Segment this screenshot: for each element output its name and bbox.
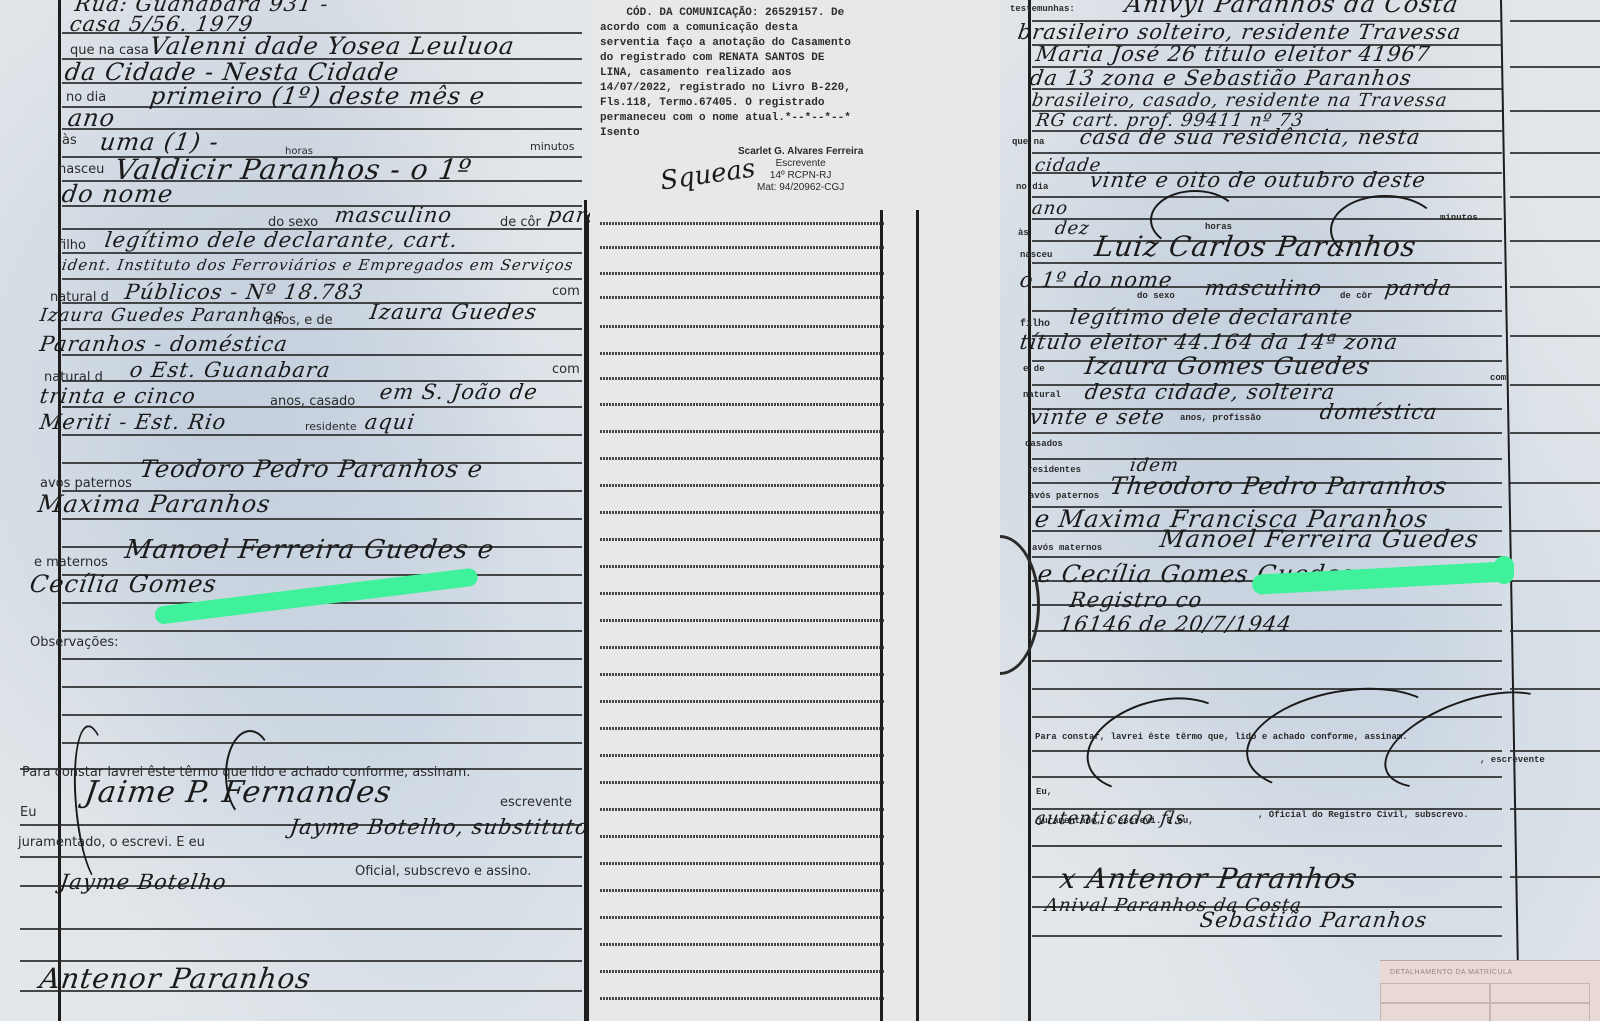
annotation-line: do registrado com RENATA SANTOS DE <box>600 51 910 66</box>
handwriting-natural: desta cidade, solteira <box>1083 380 1337 404</box>
label-residentes: residentes <box>1027 465 1081 475</box>
ruled-line <box>600 377 885 380</box>
annotation-line: serventia faço a anotação do Casamento <box>600 36 910 51</box>
ruled-line <box>1032 845 1502 847</box>
label-e-maternos: e maternos <box>34 555 108 570</box>
ruled-line <box>1510 530 1600 532</box>
signature-stroke <box>68 724 122 887</box>
ruled-line <box>1032 935 1502 937</box>
handwriting-registro-date: 16146 de 20/7/1944 <box>1058 612 1293 636</box>
signer-registration: Mat: 94/20962-CGJ <box>738 182 863 194</box>
ruled-line <box>1510 876 1600 878</box>
ruled-line <box>62 714 582 716</box>
label-nasceu: nasceu <box>1020 250 1052 260</box>
label-avos-paternos: avós paternos <box>40 476 132 491</box>
ruled-line <box>1032 432 1502 434</box>
matricula-table-title: DETALHAMENTO DA MATRÍCULA <box>1390 969 1513 976</box>
ruled-line <box>600 727 885 730</box>
ruled-line <box>600 538 885 541</box>
handwriting-filho: legítimo dele declarante <box>1068 305 1355 329</box>
label-minutos: minutos <box>530 140 575 153</box>
ruled-line <box>600 646 885 649</box>
label-nasceu: nasceu <box>58 162 104 177</box>
column-border <box>916 210 919 1021</box>
right-register-page: testemunhas: que na no dia às horas minu… <box>1000 0 1600 1021</box>
signature-stroke <box>1076 682 1244 808</box>
ruled-line <box>600 835 885 838</box>
signer-office: 14º RCPN-RJ <box>738 170 863 182</box>
handwriting-registro: Registro co <box>1068 588 1204 612</box>
label-que-na: que na <box>1012 137 1044 147</box>
ruled-line <box>600 565 885 568</box>
ruled-line <box>1510 688 1600 690</box>
ruled-line <box>600 246 885 249</box>
ruled-line <box>62 328 582 330</box>
handwriting-natural: Públicos - Nº 18.783 <box>123 280 365 304</box>
ruled-line <box>1032 688 1502 690</box>
handwriting-paternal-grandparents: Theodoro Pedro Paranhos <box>1108 472 1449 500</box>
handwriting-age: vinte e sete <box>1028 405 1166 429</box>
handwriting-mother: Izaura Guedes <box>368 300 538 324</box>
signature-oficial: autenticado fls <box>1034 808 1187 829</box>
label-eu: Eu <box>20 805 36 820</box>
label-oficial: Oficial, subscrevo e assino. <box>355 864 531 879</box>
signature-substituto: Jayme Botelho, substituto <box>288 815 590 839</box>
ruled-line <box>1032 556 1502 558</box>
handwriting-line: ano <box>1031 198 1070 219</box>
label-anos-casado: anos, casado <box>270 394 355 409</box>
ruled-line <box>600 781 885 784</box>
handwriting-day: primeiro (1º) deste mês e <box>148 82 487 110</box>
ruled-line <box>1510 335 1600 337</box>
ruled-line <box>1510 482 1600 484</box>
table-cell <box>1380 1003 1490 1021</box>
handwriting-paternal-grandparents: Teodoro Pedro Paranhos e <box>138 455 485 483</box>
marriage-annotation-text: - 20/03/2023 CÓD. DA COMUNICAÇÃO: 265291… <box>600 0 910 141</box>
handwriting-line: do nome <box>60 180 175 208</box>
ruled-line <box>600 754 885 757</box>
label-natural-2: natural d <box>44 370 103 385</box>
handwriting-witnesses: Anivyl Paranhos da Costa <box>1123 0 1461 18</box>
table-cell <box>1380 983 1490 1003</box>
ruled-line <box>600 889 885 892</box>
ruled-line <box>600 272 885 275</box>
redaction-mark <box>1494 556 1514 584</box>
ruled-line <box>20 928 582 930</box>
ruled-line <box>600 997 885 1000</box>
handwriting-day: vinte e oito de outubro deste <box>1088 168 1427 192</box>
label-eu: Eu, <box>1036 787 1052 797</box>
ruled-line <box>600 862 885 865</box>
ruled-line <box>1510 110 1600 112</box>
label-as: às <box>62 133 77 148</box>
handwriting-natural-2: o Est. Guanabara <box>128 358 332 382</box>
label-do-sexo: do sexo <box>1137 291 1175 301</box>
ruled-line <box>62 658 582 660</box>
ruled-line <box>62 630 582 632</box>
label-com-2: com <box>552 362 580 377</box>
handwriting-line: Meriti - Est. Rio <box>38 410 228 434</box>
ruled-line <box>600 619 885 622</box>
signer-role: Escrevente <box>738 158 863 170</box>
label-casados: casados <box>1025 439 1063 449</box>
handwriting-line: Cecília Gomes <box>28 570 219 598</box>
handwriting-line: título eleitor 44.164 da 14ª zona <box>1018 330 1400 354</box>
handwriting-casado: em S. João de <box>378 380 539 404</box>
label-residente: residente <box>305 420 357 433</box>
label-minutos: minutos <box>1440 213 1478 223</box>
left-register-page: que na casa no dia às horas minutos nasc… <box>0 0 600 1021</box>
label-anos-profissao: anos, profissão <box>1180 413 1261 423</box>
label-no-dia: no dia <box>1016 182 1048 192</box>
label-natural-1: natural d <box>50 290 109 305</box>
ruled-line <box>1032 458 1502 460</box>
ruled-line <box>1032 196 1502 198</box>
table-cell <box>1490 1003 1590 1021</box>
handwriting-mother: Izaura Gomes Guedes <box>1083 352 1372 380</box>
column-border <box>880 210 883 1021</box>
label-as: às <box>1018 228 1029 238</box>
ruled-line <box>1510 580 1600 582</box>
ruled-line <box>600 592 885 595</box>
ruled-line <box>1510 20 1600 22</box>
handwriting-line: brasileiro solteiro, residente Travessa <box>1016 20 1463 44</box>
ruled-line <box>1510 152 1600 154</box>
annotation-line: CÓD. DA COMUNICAÇÃO: 26529157. De <box>600 6 910 21</box>
handwriting-hour: dez <box>1054 218 1092 239</box>
ruled-line <box>600 484 885 487</box>
signature-oficial: Jayme Botelho <box>58 870 228 894</box>
label-que-na-casa: que na casa <box>70 43 149 58</box>
ruled-line <box>600 673 885 676</box>
signer-name: Scarlet G. Alvares Ferreira <box>738 146 863 158</box>
ruled-line <box>62 518 582 520</box>
signature-stroke <box>1330 195 1440 265</box>
ruled-line <box>600 325 885 328</box>
ruled-line <box>62 686 582 688</box>
table-cell <box>1490 983 1590 1003</box>
ruled-line <box>1510 240 1600 242</box>
handwriting-line: o 1º do nome <box>1018 268 1174 292</box>
handwriting-line: da 13 zona e Sebastião Paranhos <box>1028 66 1413 90</box>
annotation-line: 14/07/2022, registrado no Livro B-220, <box>600 81 910 96</box>
handwriting-maternal-grandparents: Manoel Ferreira Guedes <box>1158 525 1481 553</box>
ruled-line <box>600 970 885 973</box>
label-de-cor: de côr <box>1340 291 1372 301</box>
handwriting-filho: legítimo dele declarante, cart. <box>103 228 459 252</box>
handwriting-line: brasileiro, casado, residente na Travess… <box>1031 90 1449 111</box>
handwriting-line: Izaura Guedes Paranhos <box>39 305 286 326</box>
label-com: com <box>1490 373 1506 383</box>
signature-witness-3: Sebastião Paranhos <box>1198 908 1429 932</box>
label-no-dia: no dia <box>66 90 106 105</box>
handwriting-residente: aqui <box>363 410 417 434</box>
handwriting-color: parda <box>1383 276 1453 300</box>
ruled-line <box>1510 196 1600 198</box>
matricula-detail-table: DETALHAMENTO DA MATRÍCULA <box>1380 960 1600 1021</box>
handwriting-house: Valenni dade Yosea Leuluoa <box>148 32 516 60</box>
handwriting-line: trinta e cinco <box>38 384 197 408</box>
ruled-line <box>600 457 885 460</box>
label-e-de: e de <box>1023 364 1045 374</box>
label-natural: natural <box>1023 390 1061 400</box>
annotation-line: Fls.118, Termo.67405. O registrado <box>600 96 910 111</box>
left-margin-line <box>1028 0 1031 1021</box>
right-border-line <box>1500 0 1519 990</box>
handwriting-profession: doméstica <box>1318 400 1439 424</box>
handwriting-sex: masculino <box>333 203 453 227</box>
handwriting-line: ident. Instituto dos Ferroviários e Empr… <box>61 256 575 274</box>
handwriting-line: Maria José 26 título eleitor 41967 <box>1034 42 1432 66</box>
ruled-line <box>62 252 582 254</box>
ruled-line <box>62 742 582 744</box>
annotation-line: acordo com a comunicação desta <box>600 21 910 36</box>
ruled-line <box>600 808 885 811</box>
label-oficial: , Oficial do Registro Civil, subscrevo. <box>1258 810 1469 820</box>
label-filho: filho <box>58 238 86 253</box>
ruled-line <box>600 222 885 225</box>
signature-declarant: Antenor Paranhos <box>38 962 314 995</box>
label-com-1: com <box>552 284 580 299</box>
label-avos-maternos: avós maternos <box>1032 543 1102 553</box>
ruled-line <box>600 296 885 299</box>
ruled-line <box>600 916 885 919</box>
signature-stroke <box>1150 190 1240 250</box>
ruled-line <box>62 434 582 436</box>
label-escrevente: escrevente <box>500 795 572 810</box>
ruled-line <box>1510 432 1600 434</box>
ruled-line <box>600 700 885 703</box>
ruled-line <box>1510 286 1600 288</box>
handwriting-house: casa de sua residência, nesta <box>1078 125 1422 149</box>
ruled-line <box>1032 152 1502 154</box>
handwriting-sex: masculino <box>1203 276 1323 300</box>
handwriting-maternal-grandparents: Manoel Ferreira Guedes e <box>123 535 496 565</box>
label-testemunhas: testemunhas: <box>1010 4 1075 14</box>
ruled-line <box>600 403 885 406</box>
ruled-line <box>600 430 885 433</box>
ruled-line <box>600 511 885 514</box>
annotation-line: permaneceu com o nome atual.*--*--*--* <box>600 111 910 126</box>
handwriting-line: Paranhos - doméstica <box>38 332 289 356</box>
column-border <box>586 215 589 1021</box>
annotation-line: LINA, casamento realizado aos <box>600 66 910 81</box>
signature-witness-1: x Antenor Paranhos <box>1058 862 1360 895</box>
handwriting-line: Maxima Paranhos <box>36 490 273 518</box>
label-observacoes: Observações: <box>30 635 119 650</box>
ruled-line <box>1510 66 1600 68</box>
label-avos-paternos: avós paternos <box>1029 491 1099 501</box>
signer-block: Scarlet G. Alvares Ferreira Escrevente 1… <box>738 146 863 194</box>
ruled-line <box>1510 384 1600 386</box>
annotation-line: Isento <box>600 126 910 141</box>
ruled-line <box>600 352 885 355</box>
ruled-line <box>1510 630 1600 632</box>
ruled-line <box>1032 660 1502 662</box>
ruled-line <box>600 943 885 946</box>
label-de-cor: de côr <box>500 215 541 230</box>
signature-stroke <box>225 730 275 820</box>
handwriting-hour: uma (1) - <box>98 128 221 156</box>
label-filho: filho <box>1020 319 1050 330</box>
ruled-line <box>1510 808 1600 810</box>
